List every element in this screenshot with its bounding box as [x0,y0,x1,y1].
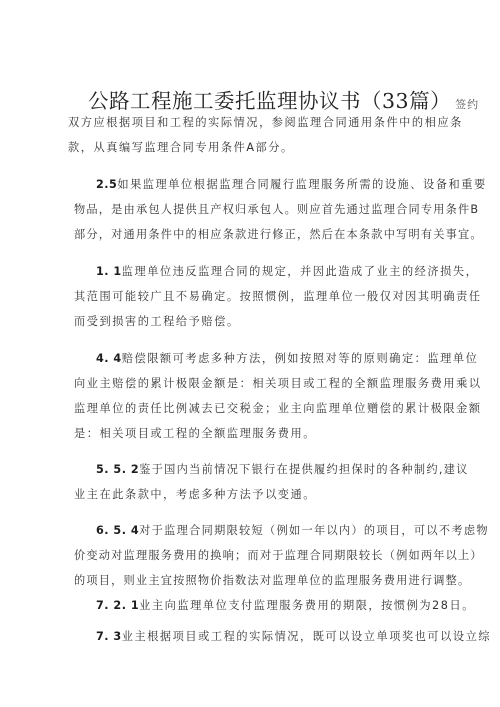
clause-number: 7. 2. 1 [96,599,139,612]
paragraph-line: 2.5如果监理单位根据监理合同履行监理服务所需的设施、设备和重要 [96,176,487,192]
clause-number: 6. 5. 4 [96,524,139,537]
line-text: 如果监理单位根据监理合同履行监理服务所需的设施、设备和重要 [117,178,486,191]
clause-number: 4. 4 [96,352,122,365]
line-text: 监理单位违反监理合同的规定，并因此造成了业主的经济损失， [122,265,479,278]
clause-number: 2.5 [96,178,117,191]
paragraph-line: 款，从真编写监理合同专用条件A部分。 [68,139,294,155]
paragraph-line: 7. 2. 1业主向监理单位支付监理服务费用的期限，按惯例为28日。 [96,597,475,613]
line-text: 而受到损害的工程给予赔偿。 [74,315,240,328]
clause-number: 1. 1 [96,265,122,278]
paragraph-line: 1. 1监理单位违反监理合同的规定，并因此造成了业主的经济损失， [96,263,478,279]
line-text: 对于监理合同期限较短（例如一年以内）的项目，可以不考虑物 [139,524,489,537]
paragraph-line: 5. 5. 2鉴于国内当前情况下银行在提供履约担保时的各种制约,建议 [96,461,469,477]
line-text: 赔偿限额可考虑多种方法，例如按照对等的原则确定：监理单位 [122,352,479,365]
document-page: 公路工程施工委托监理协议书（33篇）签约 双方应根据项目和工程的实际情况，参阅监… [0,0,500,707]
line-text: 监理单位的责任比例减去已交税金；业主向监理单位赠偿的累计极限金额 [74,402,482,415]
line-text: 业主根据项目或工程的实际情况，既可以设立单项奖也可以设立综 [122,630,491,643]
line-text: 其范围可能较广且不易确定。按照惯例，监理单位一般仅对因其明确责任 [74,290,482,303]
line-text: 的项目，则业主宜按照物价指数法对监理单位的监理服务费用进行调整。 [74,574,470,587]
paragraph-line: 而受到损害的工程给予赔偿。 [74,313,240,329]
paragraph-line: 4. 4赔偿限额可考虑多种方法，例如按照对等的原则确定：监理单位 [96,350,478,366]
title-suffix-text: 签约 [455,98,479,111]
paragraph-line: 双方应根据项目和工程的实际情况，参阅监理合同通用条件中的相应条 [68,114,463,130]
paragraph-line: 其范围可能较广且不易确定。按照惯例，监理单位一般仅对因其明确责任 [74,288,482,304]
line-text: 部分，对通用条件中的相应条款进行修正，然后在本条款中写明有关事宜。 [74,228,483,241]
line-text: 鉴于国内当前情况下银行在提供履约担保时的各种制约,建议 [139,463,469,476]
paragraph-line: 是：相关项目或工程的全额监理服务费用。 [74,425,316,441]
clause-number: 5. 5. 2 [96,463,139,476]
line-text: 向业主赔偿的累计极限金额是：相关项目或工程的全额监理服务费用乘以 [74,377,482,390]
paragraph-line: 业主在此条款中，考虑多种方法予以变通。 [74,486,316,502]
line-text: 业主向监理单位支付监理服务费用的期限，按惯例为28日。 [139,599,475,612]
paragraph-line: 6. 5. 4对于监理合同期限较短（例如一年以内）的项目，可以不考虑物 [96,522,489,538]
document-title: 公路工程施工委托监理协议书（33篇） [88,89,451,113]
paragraph-line: 物品，是由承包人提供且产权归承包人。则应首先通过监理合同专用条件B [74,201,479,217]
paragraph-line: 价变动对监理服务费用的换响；而对于监理合同期限较长（例如两年以上） [74,547,483,563]
line-text: 物品，是由承包人提供且产权归承包人。则应首先通过监理合同专用条件B [74,203,479,216]
paragraph-line: 7. 3业主根据项目或工程的实际情况，既可以设立单项奖也可以设立综 [96,628,491,644]
line-text: 双方应根据项目和工程的实际情况，参阅监理合同通用条件中的相应条 [68,116,463,129]
paragraph-line: 部分，对通用条件中的相应条款进行修正，然后在本条款中写明有关事宜。 [74,226,483,242]
paragraph-line: 监理单位的责任比例减去已交税金；业主向监理单位赠偿的累计极限金额 [74,400,482,416]
title-line: 公路工程施工委托监理协议书（33篇）签约 [88,84,479,114]
paragraph-line: 向业主赔偿的累计极限金额是：相关项目或工程的全额监理服务费用乘以 [74,375,482,391]
clause-number: 7. 3 [96,630,122,643]
line-text: 是：相关项目或工程的全额监理服务费用。 [74,427,316,440]
line-text: 业主在此条款中，考虑多种方法予以变通。 [74,488,316,501]
line-text: 款，从真编写监理合同专用条件A部分。 [68,141,294,154]
line-text: 价变动对监理服务费用的换响；而对于监理合同期限较长（例如两年以上） [74,549,483,562]
paragraph-line: 的项目，则业主宜按照物价指数法对监理单位的监理服务费用进行调整。 [74,572,470,588]
